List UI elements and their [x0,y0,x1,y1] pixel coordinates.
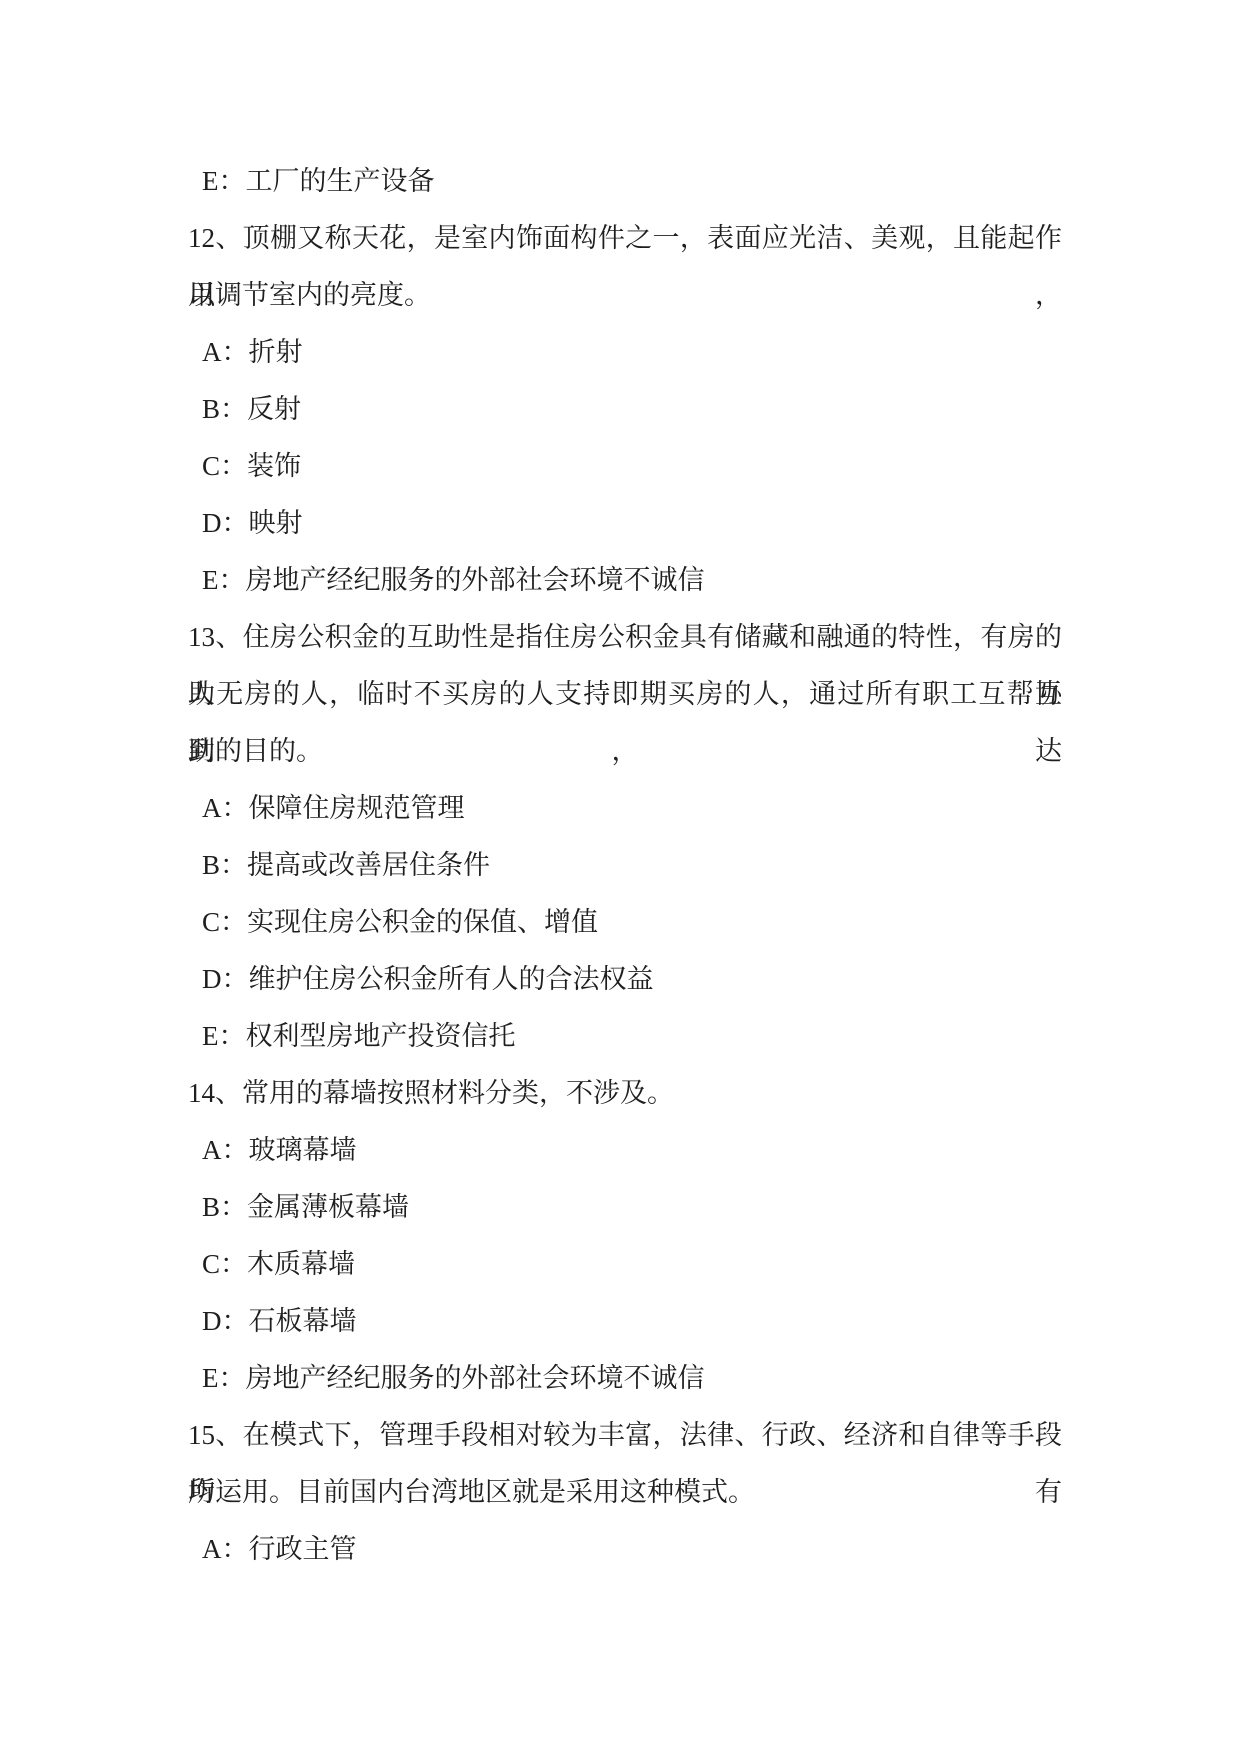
q14-option-b: B：金属薄板幕墙 [188,1179,1062,1236]
question-stem-text: 以调节室内的亮度。 [188,280,431,310]
option-label: D： [202,1306,249,1336]
option-label: E： [202,1021,246,1051]
option-text: 维护住房公积金所有人的合法权益 [249,964,654,994]
option-text: 装饰 [247,451,301,481]
option-text: 反射 [247,394,301,424]
option-text: 房地产经纪服务的外部社会环境不诚信 [246,565,705,595]
option-label: A： [202,793,249,823]
q13-option-b: B：提高或改善居住条件 [188,837,1062,894]
question-number: 13、 [188,622,243,652]
q12-option-c: C：装饰 [188,438,1062,495]
q13-option-a: A：保障住房规范管理 [188,780,1062,837]
q12-stem-line-1: 12、顶棚又称天花，是室内饰面构件之一，表面应光洁、美观，且能起作用， [188,210,1062,267]
q12-option-e: E：房地产经纪服务的外部社会环境不诚信 [188,552,1062,609]
option-label: A： [202,1534,249,1564]
question-number: 14、 [188,1078,242,1108]
option-label: A： [202,337,249,367]
q14-option-a: A：玻璃幕墙 [188,1122,1062,1179]
option-text: 木质幕墙 [247,1249,355,1279]
option-label: B： [202,394,247,424]
option-text: 保障住房规范管理 [249,793,465,823]
document-page: E：工厂的生产设备 12、顶棚又称天花，是室内饰面构件之一，表面应光洁、美观，且… [0,0,1240,1753]
q15-stem-line-1: 15、在模式下，管理手段相对较为丰富，法律、行政、经济和自律等手段均有 [188,1407,1062,1464]
q11-option-e: E：工厂的生产设备 [188,153,1062,210]
question-number: 15、 [188,1420,243,1450]
option-label: E： [202,1363,246,1393]
option-text: 权利型房地产投资信托 [246,1021,516,1051]
option-label: C： [202,907,247,937]
option-text: 提高或改善居住条件 [247,850,490,880]
q12-option-a: A：折射 [188,324,1062,381]
option-text: 玻璃幕墙 [249,1135,357,1165]
q13-option-e: E：权利型房地产投资信托 [188,1008,1062,1065]
option-label: B： [202,1192,247,1222]
option-text: 工厂的生产设备 [246,166,435,196]
q12-option-b: B：反射 [188,381,1062,438]
option-label: E： [202,166,246,196]
option-text: 石板幕墙 [249,1306,357,1336]
q13-stem-line-1: 13、住房公积金的互助性是指住房公积金具有储藏和融通的特性，有房的人协 [188,609,1062,666]
option-label: C： [202,451,247,481]
q13-option-c: C：实现住房公积金的保值、增值 [188,894,1062,951]
question-stem-text: 所运用。目前国内台湾地区就是采用这种模式。 [188,1477,755,1507]
q13-option-d: D：维护住房公积金所有人的合法权益 [188,951,1062,1008]
option-text: 映射 [249,508,303,538]
option-text: 房地产经纪服务的外部社会环境不诚信 [246,1363,705,1393]
document-text-block: E：工厂的生产设备 12、顶棚又称天花，是室内饰面构件之一，表面应光洁、美观，且… [188,153,1062,1578]
option-label: E： [202,565,246,595]
question-number: 12、 [188,223,243,253]
option-label: B： [202,850,247,880]
q14-option-e: E：房地产经纪服务的外部社会环境不诚信 [188,1350,1062,1407]
option-label: A： [202,1135,249,1165]
option-text: 金属薄板幕墙 [247,1192,409,1222]
question-stem-text: 常用的幕墙按照材料分类，不涉及。 [242,1078,674,1108]
question-stem-text: 到的目的。 [188,736,323,766]
option-text: 折射 [249,337,303,367]
q15-option-a: A：行政主管 [188,1521,1062,1578]
q14-stem-line-1: 14、常用的幕墙按照材料分类，不涉及。 [188,1065,1062,1122]
q14-option-c: C：木质幕墙 [188,1236,1062,1293]
option-text: 实现住房公积金的保值、增值 [247,907,598,937]
option-label: D： [202,964,249,994]
option-text: 行政主管 [249,1534,357,1564]
q13-stem-line-2: 助无房的人，临时不买房的人支持即期买房的人，通过所有职工互帮互助，达 [188,666,1062,723]
option-label: C： [202,1249,247,1279]
option-label: D： [202,508,249,538]
q12-option-d: D：映射 [188,495,1062,552]
q14-option-d: D：石板幕墙 [188,1293,1062,1350]
